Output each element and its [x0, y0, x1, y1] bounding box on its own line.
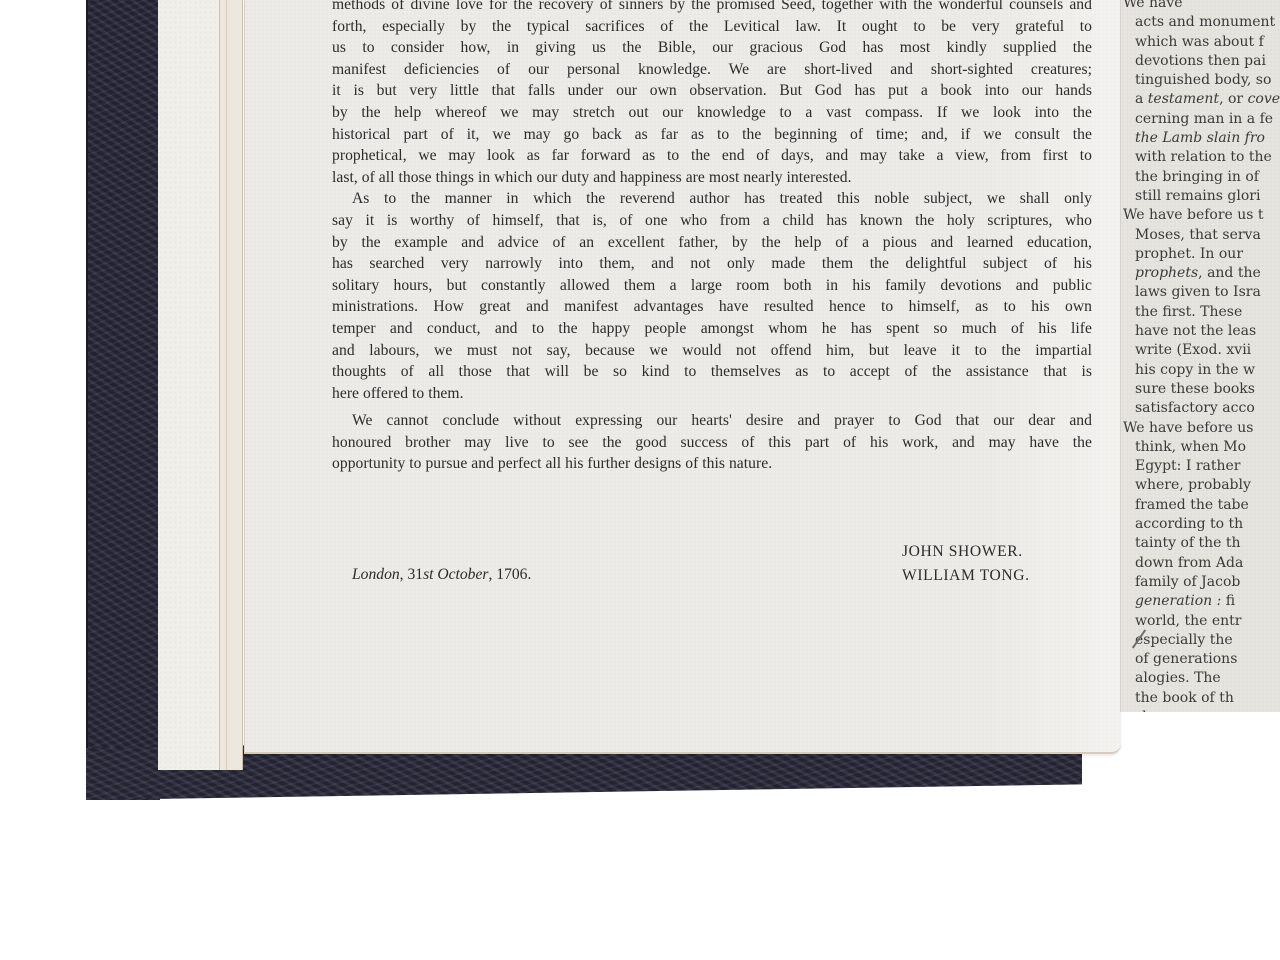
- text-line: world, the entr: [1135, 612, 1280, 631]
- day-suffix: st: [423, 566, 433, 583]
- text-line: forth, especially by the typical sacrifi…: [332, 16, 1092, 38]
- text-line: have not the leas: [1135, 322, 1280, 341]
- text-line: We have: [1123, 0, 1280, 13]
- text-line: laws given to Isra: [1135, 283, 1280, 302]
- place: London: [352, 566, 400, 583]
- text-line: solitary hours, but constantly allowed t…: [332, 275, 1092, 297]
- text-line: last, of all those things in which our d…: [332, 167, 1092, 189]
- text-line: generation : fi: [1135, 592, 1280, 611]
- text-line: his copy in the w: [1135, 361, 1280, 380]
- text-line: shows us our: [1135, 708, 1280, 712]
- paragraph-3: We cannot conclude without expressing ou…: [332, 410, 1092, 475]
- text-line: by the example and advice of an excellen…: [332, 232, 1092, 254]
- text-line: family of Jacob: [1135, 573, 1280, 592]
- text-line: and labours, we must not say, because we…: [332, 340, 1092, 362]
- right-page-text: We haveacts and monumentwhich was about …: [1135, 0, 1280, 712]
- text-line: tinguished body, so: [1135, 71, 1280, 90]
- text-line: sure these books: [1135, 380, 1280, 399]
- text-line: methods of divine love for the recovery …: [332, 0, 1092, 16]
- text-line: acts and monument: [1135, 13, 1280, 32]
- text-line: devotions then pai: [1135, 52, 1280, 71]
- place-and-date: London, 31st October, 1706.: [352, 566, 531, 584]
- left-page-text: methods of divine love for the recovery …: [332, 0, 1092, 475]
- text-line: still remains glori: [1135, 187, 1280, 206]
- text-line: think, when Mo: [1135, 438, 1280, 457]
- text-line: a testament, or cove: [1135, 90, 1280, 109]
- text-line: opportunity to pursue and perfect all hi…: [332, 453, 1092, 475]
- text-line: the first. These: [1135, 303, 1280, 322]
- year: 1706: [496, 566, 527, 583]
- signatory: WILLIAM TONG.: [902, 564, 1030, 588]
- paragraph-1: methods of divine love for the recovery …: [332, 0, 1092, 188]
- text-line: prophet. In our: [1135, 245, 1280, 264]
- text-line: where, probably: [1135, 476, 1280, 495]
- text-line: it is but very little that falls under o…: [332, 80, 1092, 102]
- text-line: framed the tabe: [1135, 496, 1280, 515]
- text-line: thoughts of all those that will be so ki…: [332, 361, 1092, 383]
- text-line: Egypt: I rather: [1135, 457, 1280, 476]
- text-line: cerning man in a fe: [1135, 110, 1280, 129]
- text-line: has searched very narrowly into them, an…: [332, 253, 1092, 275]
- text-line: especially the: [1135, 631, 1280, 650]
- book-photo: methods of divine love for the recovery …: [0, 0, 1280, 960]
- text-line: alogies. The: [1135, 669, 1280, 688]
- text-line: which was about f: [1135, 33, 1280, 52]
- text-line: write (Exod. xvii: [1135, 341, 1280, 360]
- text-line: satisfactory acco: [1135, 399, 1280, 418]
- text-line: historical part of it, we may go back as…: [332, 124, 1092, 146]
- text-line: the Lamb slain fro: [1135, 129, 1280, 148]
- pastedown-endpaper: [158, 0, 228, 770]
- text-line: We have before us t: [1123, 206, 1280, 225]
- text-line: the book of th: [1135, 689, 1280, 708]
- text-line: of generations: [1135, 650, 1280, 669]
- text-line: with relation to the: [1135, 148, 1280, 167]
- text-line: Moses, that serva: [1135, 226, 1280, 245]
- text-line: temper and conduct, and to the happy peo…: [332, 318, 1092, 340]
- text-line: manifest deficiencies of our personal kn…: [332, 59, 1092, 81]
- right-page: We haveacts and monumentwhich was about …: [1120, 0, 1280, 712]
- text-line: according to th: [1135, 515, 1280, 534]
- text-line: As to the manner in which the reverend a…: [332, 188, 1092, 210]
- text-line: here offered to them.: [332, 383, 1092, 405]
- month: October: [437, 566, 488, 583]
- text-line: ministrations. How great and manifest ad…: [332, 296, 1092, 318]
- signatories: JOHN SHOWER. WILLIAM TONG.: [902, 540, 1030, 588]
- flyleaf-edge: [219, 0, 243, 770]
- text-line: prophetical, we may look as far forward …: [332, 145, 1092, 167]
- text-line: the bringing in of: [1135, 168, 1280, 187]
- leather-cover-left: [86, 0, 160, 800]
- signoff: London, 31st October, 1706. JOHN SHOWER.…: [352, 540, 1052, 590]
- text-line: We have before us: [1123, 419, 1280, 438]
- text-line: tainty of the th: [1135, 534, 1280, 553]
- text-line: us to consider how, in giving us the Bib…: [332, 37, 1092, 59]
- signatory: JOHN SHOWER.: [902, 540, 1030, 564]
- text-line: say it is worthy of himself, that is, of…: [332, 210, 1092, 232]
- day-number: 31: [407, 566, 423, 583]
- text-line: down from Ada: [1135, 554, 1280, 573]
- text-line: We cannot conclude without expressing ou…: [332, 410, 1092, 432]
- paragraph-2: As to the manner in which the reverend a…: [332, 188, 1092, 404]
- text-line: honoured brother may live to see the goo…: [332, 432, 1092, 454]
- text-line: prophets, and the: [1135, 264, 1280, 283]
- text-line: by the help whereof we may stretch out o…: [332, 102, 1092, 124]
